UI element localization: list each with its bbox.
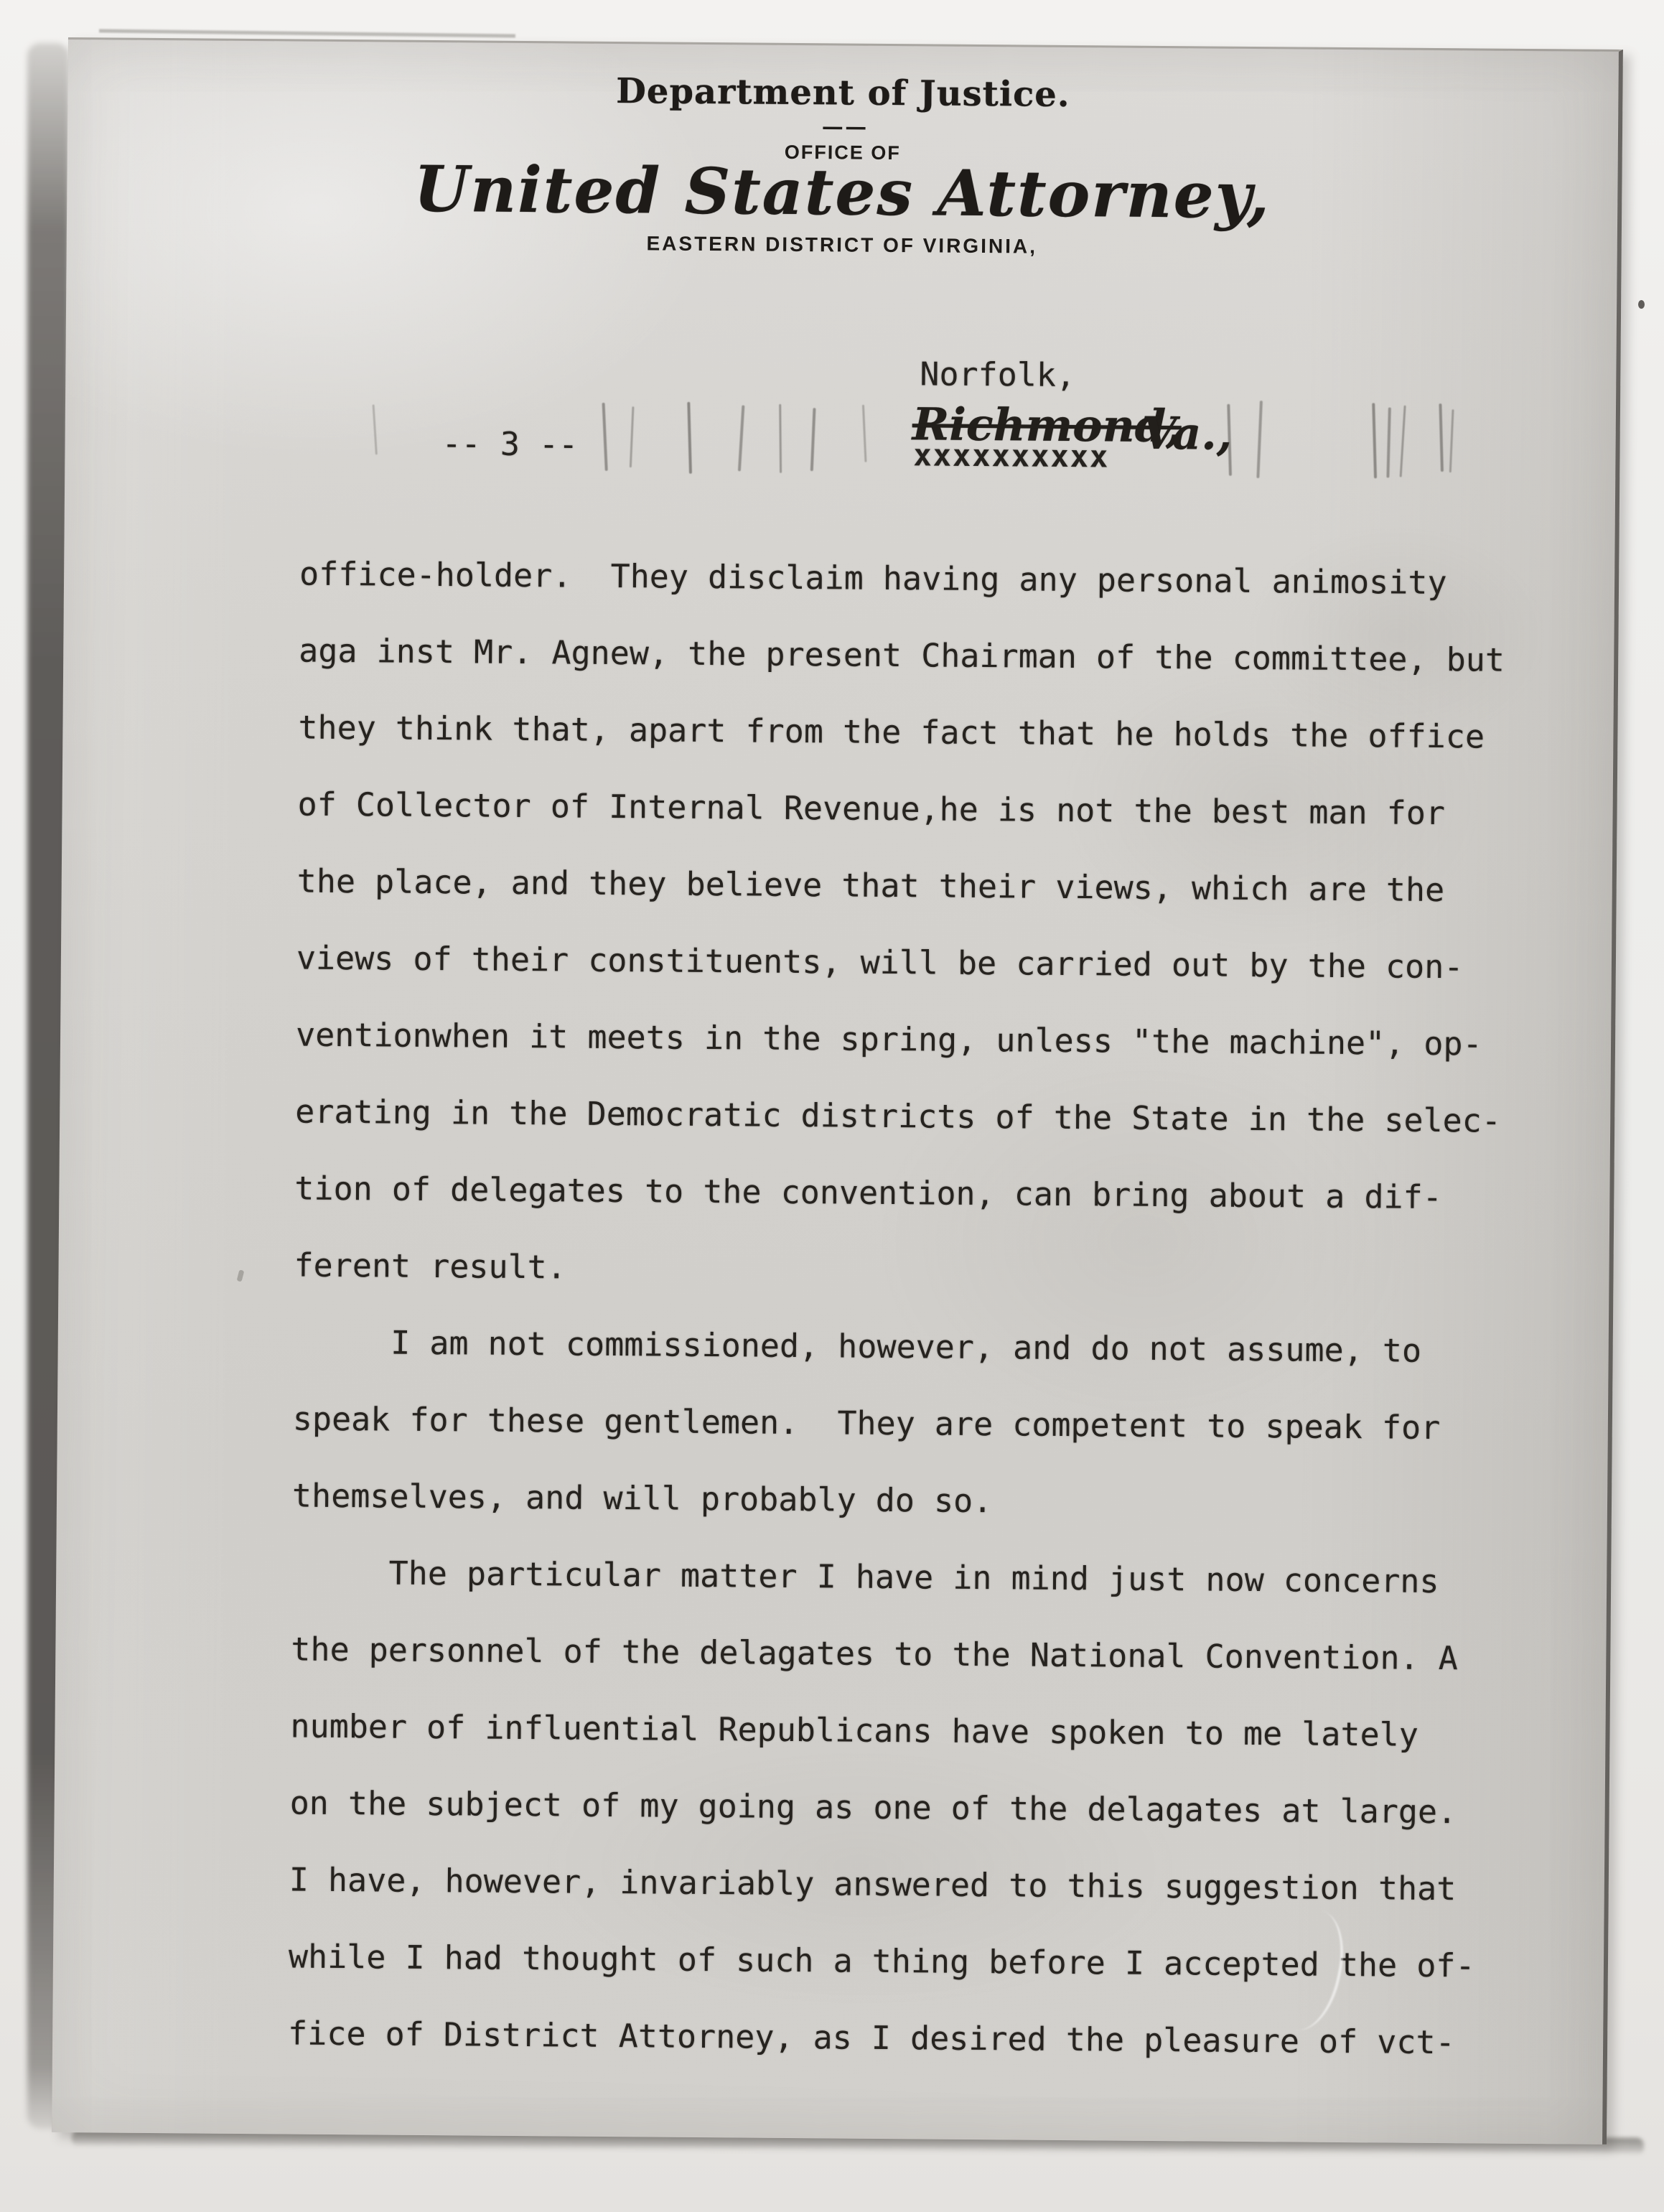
typed-line: erating in the Democratic districts of t… (295, 1073, 1502, 1159)
typed-line: The particular matter I have in mind jus… (291, 1534, 1498, 1620)
ink-smudge (237, 1269, 245, 1282)
typed-line: office-holder. They disclaim having any … (299, 536, 1506, 622)
ink-speck (1638, 300, 1645, 309)
scratch-mark (1400, 406, 1406, 477)
dateline-strikeout-xs: xxxxxxxxxx (913, 437, 1109, 474)
typed-line: ferent result. (294, 1227, 1500, 1313)
letter-page: Department of Justice. — — OFFICE OF Uni… (52, 37, 1623, 2145)
scratch-mark (1386, 407, 1390, 477)
under-sheet-edge (99, 29, 515, 37)
typed-line: on the subject of my going as one of the… (289, 1765, 1496, 1851)
scratch-mark (862, 405, 867, 462)
typed-line: number of influential Republicans have s… (290, 1688, 1497, 1774)
typed-line: ventionwhen it meets in the spring, unle… (296, 997, 1502, 1083)
page-number: -- 3 -- (441, 424, 578, 463)
typed-line: the place, and they believe that their v… (296, 843, 1503, 929)
scratch-mark (1449, 409, 1454, 472)
letter-body: office-holder. They disclaim having any … (288, 536, 1505, 2081)
typed-line: of Collector of Internal Revenue,he is n… (297, 766, 1504, 852)
typed-line: I am not commissioned, however, and do n… (293, 1304, 1500, 1390)
typed-line: they think that, apart from the fact tha… (298, 689, 1505, 775)
scratch-mark (630, 406, 635, 467)
scratch-mark (1256, 401, 1263, 478)
typed-line: aga inst Mr. Agnew, the present Chairman… (299, 612, 1505, 699)
scratch-mark (738, 405, 745, 471)
letterhead-office-name: United States Attorney, (92, 149, 1593, 235)
dateline-city-typed: Norfolk, (920, 355, 1075, 394)
scanned-letter-screenshot: { "document": { "kind": "Scanned typewri… (0, 0, 1664, 2212)
scratch-mark (373, 404, 378, 454)
typed-line: views of their constituents, will be car… (296, 920, 1503, 1006)
typed-line: the personnel of the delagates to the Na… (291, 1611, 1497, 1697)
dateline-state: Va., (1141, 407, 1232, 460)
scratch-mark (810, 408, 816, 471)
typed-line: tion of delegates to the convention, can… (294, 1150, 1501, 1236)
typed-line: speak for these gentlemen. They are comp… (292, 1381, 1499, 1467)
typed-line: themselves, and will probably do so. (292, 1457, 1499, 1544)
scratch-mark (1372, 403, 1377, 478)
scratch-mark (602, 403, 608, 471)
scratch-mark (779, 404, 782, 473)
scratch-mark (1439, 403, 1444, 472)
scratch-mark (687, 402, 692, 474)
